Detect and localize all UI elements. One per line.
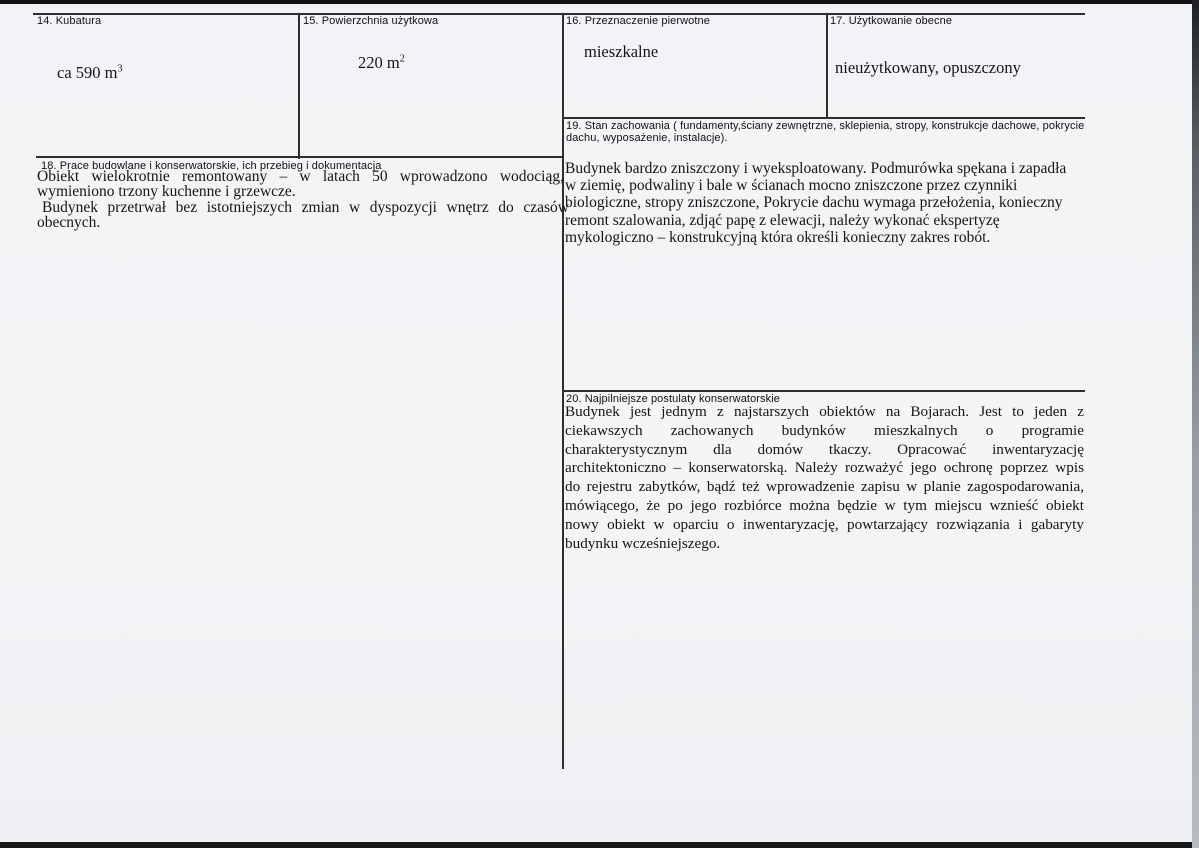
field-18-text: Obiekt wielokrotnie remontowany – w lata…	[37, 169, 564, 231]
field-19-text-line: w ziemię, podwaliny i bale w ścianach mo…	[565, 177, 1086, 194]
field-15-value-text: 220 m	[358, 53, 400, 72]
field-19-text-line: Budynek bardzo zniszczony i wyeksploatow…	[565, 160, 1086, 177]
field-17-label: 17. Użytkowanie obecne	[830, 16, 952, 28]
field-20-text-line: Budynek jest jednym z najstarszych obiek…	[565, 403, 1084, 422]
field-15-value: 220 m2	[358, 53, 405, 73]
field-19-text-line: remont szalowania, zdjąć papę z elewacji…	[565, 212, 1086, 229]
field-15-value-superscript: 2	[400, 54, 405, 65]
scan-edge-bottom	[0, 842, 1199, 848]
field-14-value-superscript: 3	[117, 64, 122, 75]
field-16-value: mieszkalne	[584, 42, 658, 62]
field-20-text-line: mówiącego, że po jego rozbiórce można bę…	[565, 497, 1084, 516]
field-20-text-line: nowy obiekt w oparciu o inwentaryzację, …	[565, 516, 1084, 535]
field-16-label: 16. Przeznaczenie pierwotne	[566, 16, 710, 28]
scan-edge-right	[1192, 0, 1199, 848]
field-19-text: Budynek bardzo zniszczony i wyeksploatow…	[565, 160, 1086, 246]
field-18-text-line: Budynek przetrwał bez istotniejszych zmi…	[37, 200, 569, 215]
field-14-value-text: ca 590 m	[57, 63, 117, 82]
field-14-label: 14. Kubatura	[37, 16, 101, 28]
field-20-text: Budynek jest jednym z najstarszych obiek…	[565, 403, 1084, 553]
rule-field20-top	[563, 390, 1085, 392]
divider-field16-field17	[826, 13, 828, 119]
field-18-text-line: obecnych.	[37, 215, 564, 230]
field-20-text-line: charakterystycznym dla domów tkaczy. Opr…	[565, 441, 1084, 460]
field-19-text-line: biologiczne, stropy zniszczone, Pokrycie…	[565, 194, 1086, 211]
scan-edge-top	[0, 0, 1199, 4]
rule-field19-top	[563, 117, 1085, 119]
field-15-label: 15. Powierzchnia użytkowa	[303, 16, 438, 28]
field-14-value: ca 590 m3	[57, 63, 122, 83]
field-19-label: 19. Stan zachowania ( fundamenty,ściany …	[566, 121, 1085, 144]
field-20-text-line: architektoniczno – konserwatorską. Należ…	[565, 459, 1084, 478]
field-17-value: nieużytkowany, opuszczony	[835, 58, 1021, 78]
rule-field18-top	[36, 156, 562, 158]
field-18-text-line: Obiekt wielokrotnie remontowany – w lata…	[37, 169, 564, 184]
scanned-form-page: 14. Kubatura ca 590 m3 15. Powierzchnia …	[0, 0, 1199, 848]
field-20-text-line: budynku wcześniejszego.	[565, 535, 1084, 554]
field-20-text-line: do rejestru zabytków, bądź też wprowadze…	[565, 478, 1084, 497]
field-20-text-line: ciekawszych zachowanych budynków mieszka…	[565, 422, 1084, 441]
field-18-text-line: wymieniono trzony kuchenne i grzewcze.	[37, 184, 564, 199]
field-19-text-line: mykologiczno – konstrukcyjną która okreś…	[565, 229, 1086, 246]
divider-field14-field15	[298, 13, 300, 159]
